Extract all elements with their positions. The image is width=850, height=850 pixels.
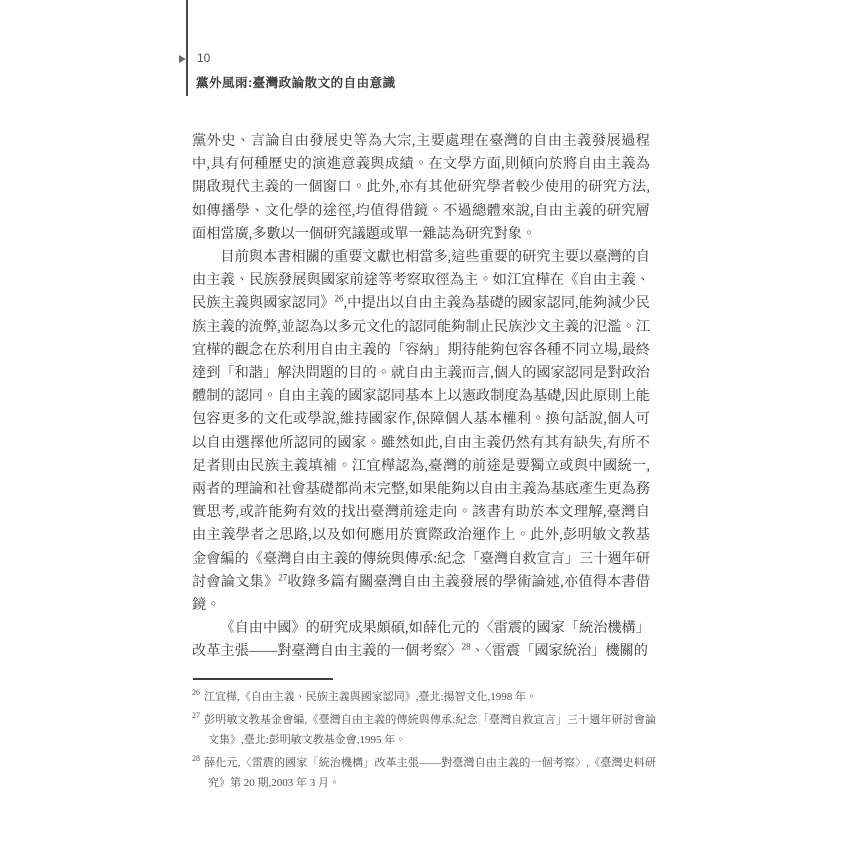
running-title: 黨外風雨:臺灣政論散文的自由意識 xyxy=(196,73,396,91)
footnote-ref: 26 xyxy=(335,294,344,304)
footnote-ref: 28 xyxy=(462,642,471,652)
footnote-separator xyxy=(193,678,333,680)
body-text: 黨外史、言論自由發展史等為大宗,主要處理在臺灣的自由主義發展過程中,具有何種歷史… xyxy=(192,130,650,664)
paragraph: 目前與本書相關的重要文獻也相當多,這些重要的研究主要以臺灣的自由主義、民族發展與… xyxy=(192,246,650,617)
footnote: 27彭明敏文教基金會編,《臺灣自由主義的傳統與傳承:紀念「臺灣自救宣言」三十週年… xyxy=(192,710,656,750)
footnote: 26江宜樺,《自由主義、民族主義與國家認同》,臺北:揚智文化,1998 年。 xyxy=(192,687,656,707)
paragraph: 《自由中國》的研究成果頗碩,如薛化元的〈雷震的國家「統治機構」改革主張——對臺灣… xyxy=(192,617,650,663)
page-number-tick-icon xyxy=(179,55,186,63)
page-number: 10 xyxy=(197,51,210,65)
paragraph: 黨外史、言論自由發展史等為大宗,主要處理在臺灣的自由主義發展過程中,具有何種歷史… xyxy=(192,130,650,246)
footnote-marker: 27 xyxy=(192,711,200,720)
book-page: 10 黨外風雨:臺灣政論散文的自由意識 黨外史、言論自由發展史等為大宗,主要處理… xyxy=(0,0,850,850)
footnote: 28薛化元,〈雷震的國家「統治機構」改革主張——對臺灣自由主義的一個考察〉,《臺… xyxy=(192,753,656,793)
footnote-marker: 26 xyxy=(192,688,200,697)
footnotes: 26江宜樺,《自由主義、民族主義與國家認同》,臺北:揚智文化,1998 年。27… xyxy=(192,687,656,796)
footnote-ref: 27 xyxy=(278,572,287,582)
footnote-marker: 28 xyxy=(192,754,200,763)
header-margin-rule xyxy=(186,0,188,96)
